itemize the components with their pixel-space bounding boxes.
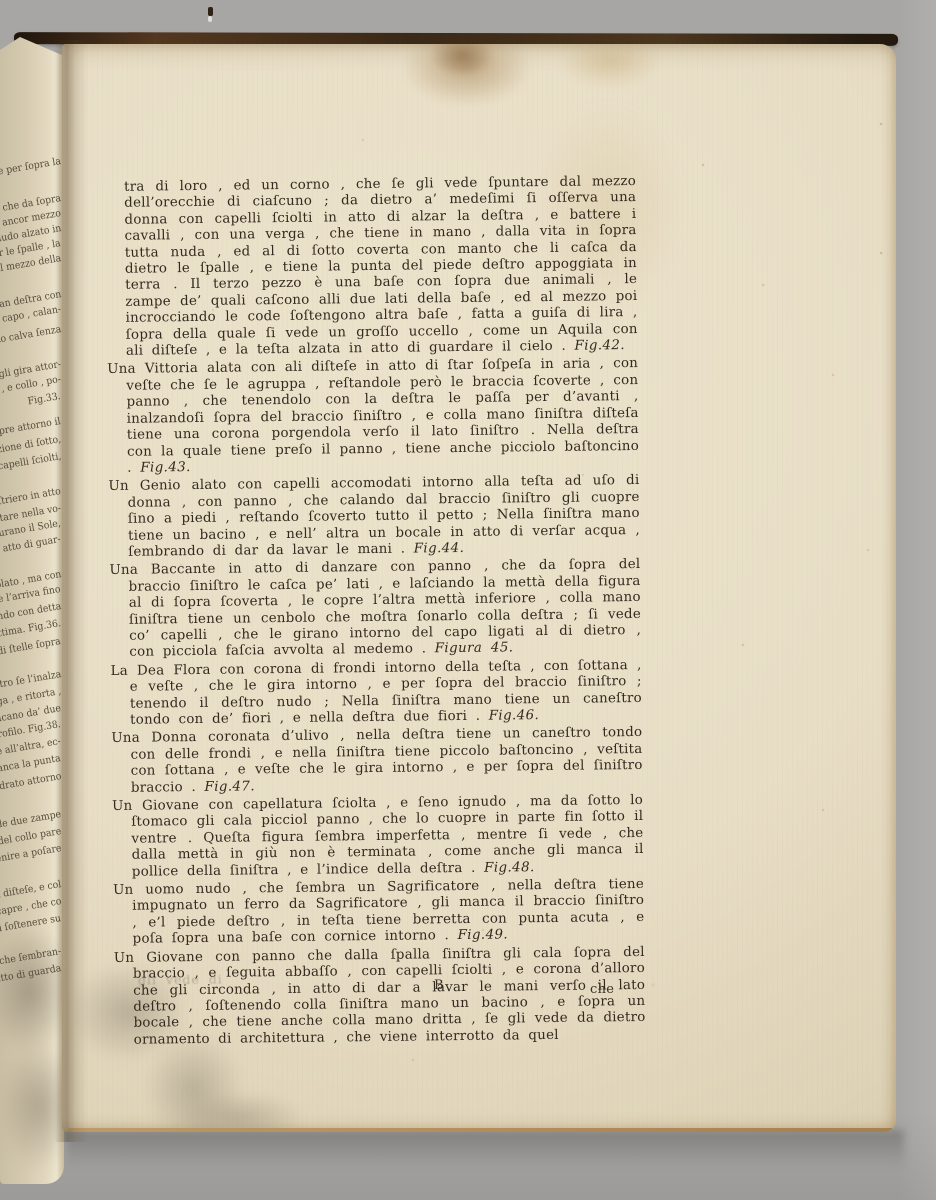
paragraph: Un uomo nudo , che ſembra un Sagrificato… (113, 877, 645, 949)
facing-page-fragment: ſta in atto di guar- (0, 535, 62, 559)
paragraph: Una Donna coronata d’ulivo , nella deſtr… (111, 725, 643, 797)
photo-backdrop: , che per ſopra lanno , che da ſopra, ma… (0, 0, 936, 1200)
paragraph: Una Baccante in atto di danzare con pann… (109, 557, 641, 661)
facing-page-fragment: no di venire a poſare (0, 844, 62, 870)
book-page: tra di loro , ed un corno , che ſe gli v… (62, 44, 896, 1132)
backdrop-light-band (898, 0, 936, 1200)
facing-page-text-fragments: , che per ſopra lanno , che da ſopra, ma… (0, 36, 64, 1184)
facing-page-fragment: un quadrato attorno (0, 772, 62, 798)
paragraph: Un Giovane con capellatura ſciolta , e ſ… (112, 793, 644, 881)
facing-page-fragment: Fig.33. (27, 392, 61, 407)
facing-page-fragment: è affatto calva ſenza (0, 325, 62, 351)
facing-page-fragment: in atto di ſoſtenere su (0, 914, 62, 941)
paragraph: Una Vittoria alata con ali diſteſe in at… (107, 356, 639, 477)
facing-page-fragment: , che per ſopra la (0, 157, 62, 180)
paragraph: Un Genio alato con capelli accomodati in… (108, 473, 640, 561)
facing-page-fragment: guiſa di ſtelle ſopra (0, 637, 62, 662)
facing-page-fragment: o , in atto di guarda (0, 964, 62, 989)
page-text-block: tra di loro , ed un corno , che ſe gli v… (105, 174, 646, 1051)
facing-page-fragment: , con capelli ſciolti, (0, 452, 62, 477)
dust-speck (208, 7, 213, 16)
book-shadow (66, 1130, 904, 1168)
paragraph: tra di loro , ed un corno , che ſe gli v… (105, 174, 638, 360)
facing-page-edge: , che per ſopra lanno , che da ſopra, ma… (0, 36, 64, 1184)
paragraph: La Dea Flora con corona di frondi intorn… (110, 658, 642, 730)
facing-page-fragment: vita al mezzo della (0, 254, 62, 278)
foxing-spots (62, 44, 64, 46)
paragraph: Un Giovane con panno che dalla ſpalla ſi… (114, 945, 646, 1049)
